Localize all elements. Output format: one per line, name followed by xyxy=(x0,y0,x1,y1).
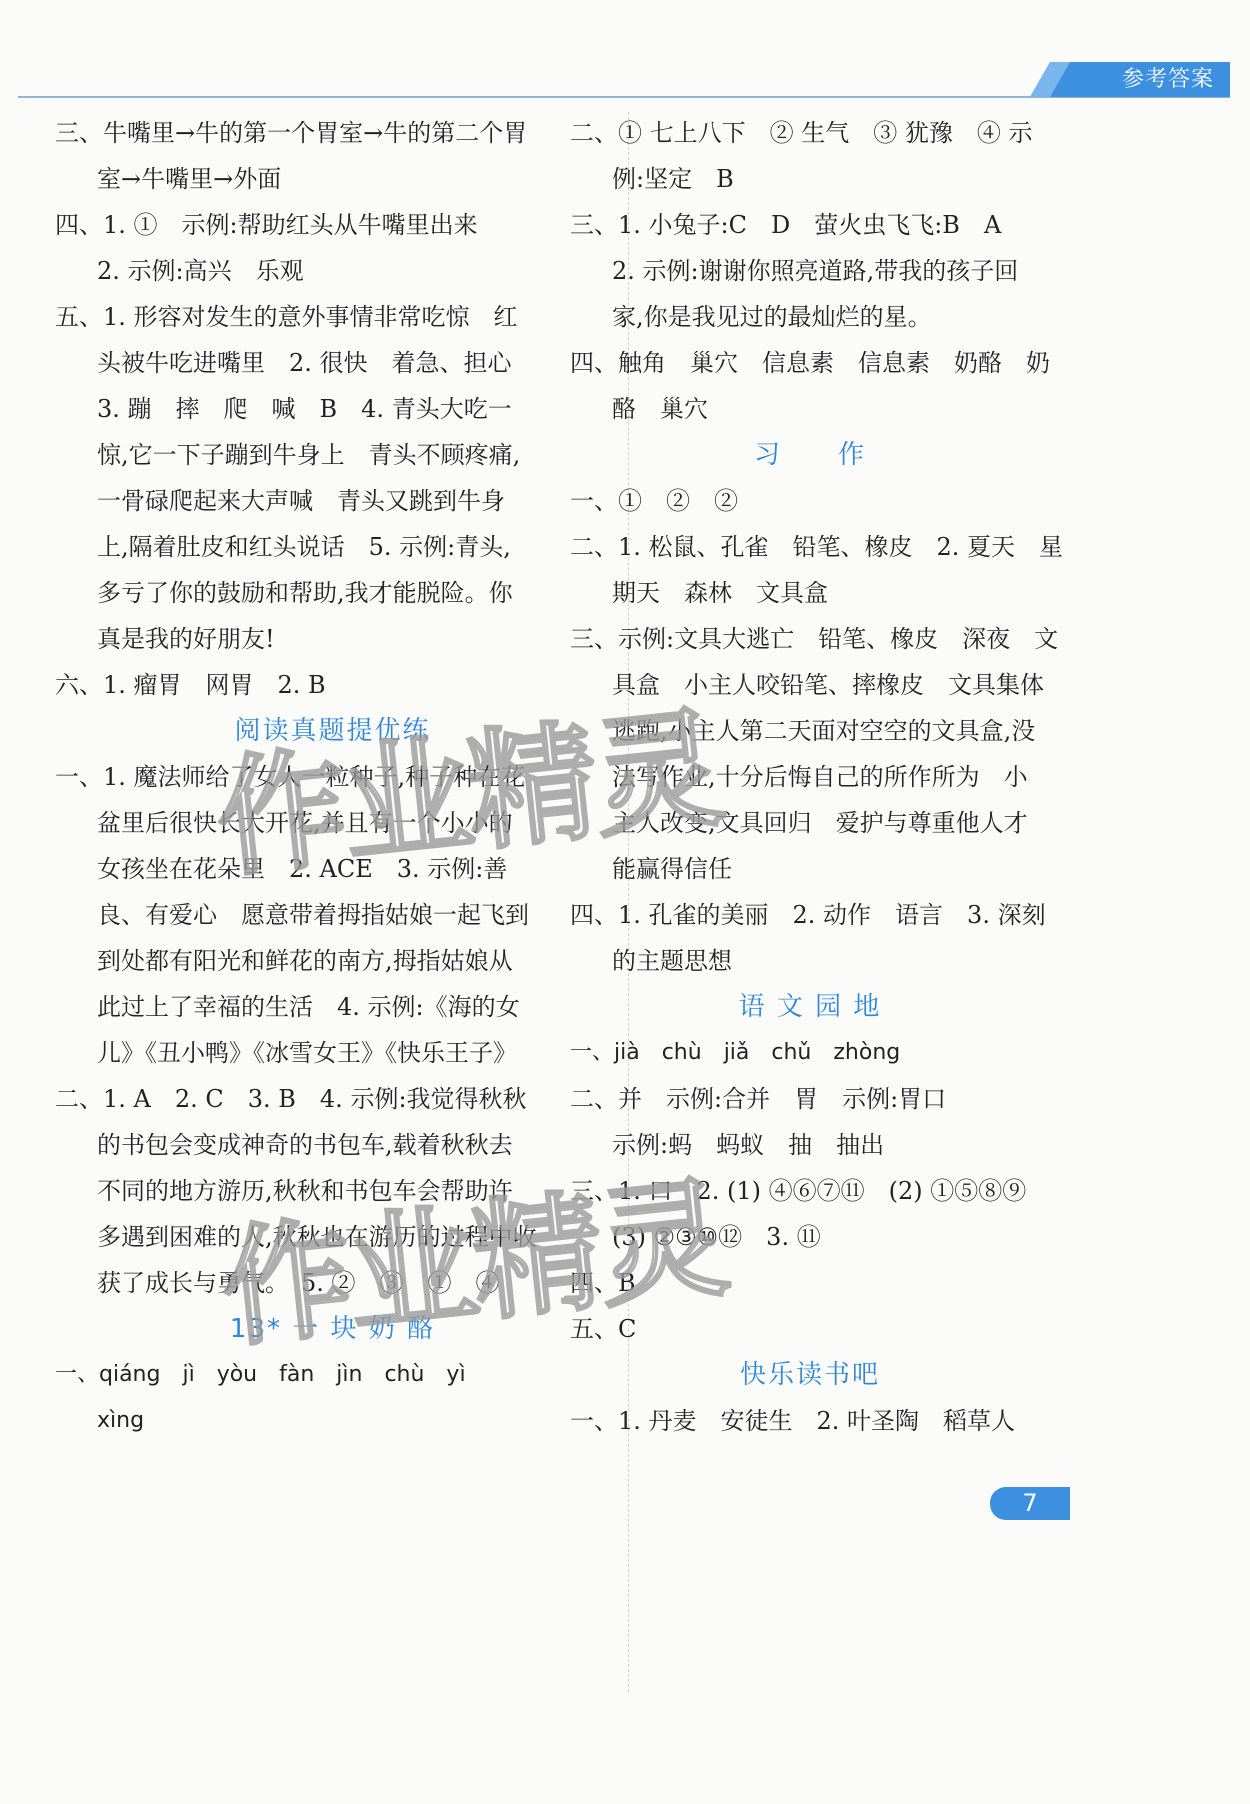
answer-line: 多亏了你的鼓励和帮助,我才能脱险。你 xyxy=(55,570,610,616)
answer-line: 五、1. 形容对发生的意外事情非常吃惊 红 xyxy=(55,294,610,340)
answer-line: 二、并 示例:合并 胃 示例:胃口 xyxy=(570,1076,1050,1122)
section-title: 习 作 xyxy=(570,432,1050,478)
answer-line: 示例:蚂 蚂蚁 抽 抽出 xyxy=(570,1122,1050,1168)
answer-line: 儿》《丑小鸭》《冰雪女王》《快乐王子》 xyxy=(55,1030,610,1076)
answer-line: 例:坚定 B xyxy=(570,156,1050,202)
answer-line: 惊,它一下子蹦到牛身上 青头不顾疼痛, xyxy=(55,432,610,478)
section-title: 语 文 园 地 xyxy=(570,984,1050,1030)
answer-line: 不同的地方游历,秋秋和书包车会帮助许 xyxy=(55,1168,610,1214)
section-title: 13* 一 块 奶 酪 xyxy=(55,1306,610,1352)
answer-line: 真是我的好朋友! xyxy=(55,616,610,662)
pinyin-answer-line: xìng xyxy=(55,1398,610,1444)
answer-line: 一、① ② ② xyxy=(570,478,1050,524)
answer-line: 获了成长与勇气。 5. ② ③ ① ④ xyxy=(55,1260,610,1306)
answer-line: 逃跑,小主人第二天面对空空的文具盒,没 xyxy=(570,708,1050,754)
section-title: 阅读真题提优练 xyxy=(55,708,610,754)
answer-line: 法写作业,十分后悔自己的所作所为 小 xyxy=(570,754,1050,800)
answer-line: 2. 示例:谢谢你照亮道路,带我的孩子回 xyxy=(570,248,1050,294)
answer-line: 四、1. 孔雀的美丽 2. 动作 语言 3. 深刻 xyxy=(570,892,1050,938)
answer-line: 三、1. 小兔子:C D 萤火虫飞飞:B A xyxy=(570,202,1050,248)
page-number-badge: 7 xyxy=(990,1487,1070,1520)
answer-line: 女孩坐在花朵里 2. ACE 3. 示例:善 xyxy=(55,846,610,892)
answer-line: 酪 巢穴 xyxy=(570,386,1050,432)
answer-line: 三、牛嘴里→牛的第一个胃室→牛的第二个胃 xyxy=(55,110,610,156)
answer-line: 主人改变,文具回归 爱护与尊重他人才 xyxy=(570,800,1050,846)
answer-line: 具盒 小主人咬铅笔、摔橡皮 文具集体 xyxy=(570,662,1050,708)
answer-line: 能赢得信任 xyxy=(570,846,1050,892)
answer-line: 四、1. ① 示例:帮助红头从牛嘴里出来 xyxy=(55,202,610,248)
answer-line: 室→牛嘴里→外面 xyxy=(55,156,610,202)
tab-label: 参考答案 xyxy=(1122,62,1214,97)
answer-line: 一、1. 丹麦 安徒生 2. 叶圣陶 稻草人 xyxy=(570,1398,1050,1444)
answer-line: 的书包会变成神奇的书包车,载着秋秋去 xyxy=(55,1122,610,1168)
answer-line: 四、触角 巢穴 信息素 信息素 奶酪 奶 xyxy=(570,340,1050,386)
section-title: 快乐读书吧 xyxy=(570,1352,1050,1398)
answer-line: 一骨碌爬起来大声喊 青头又跳到牛身 xyxy=(55,478,610,524)
answer-line: 六、1. 瘤胃 网胃 2. B xyxy=(55,662,610,708)
answer-line: 2. 示例:高兴 乐观 xyxy=(55,248,610,294)
tab-accent-stripe xyxy=(1030,62,1070,97)
answer-line: 到处都有阳光和鲜花的南方,拇指姑娘从 xyxy=(55,938,610,984)
answer-line: 盆里后很快长大开花,并且有一个小小的 xyxy=(55,800,610,846)
answer-line: 家,你是我见过的最灿烂的星。 xyxy=(570,294,1050,340)
answer-line: 多遇到困难的人,秋秋也在游历的过程中收 xyxy=(55,1214,610,1260)
answer-line: 此过上了幸福的生活 4. 示例:《海的女 xyxy=(55,984,610,1030)
answer-line: 三、1. 口 2. (1) ④⑥⑦⑪ (2) ①⑤⑧⑨ xyxy=(570,1168,1050,1214)
answer-line: 上,隔着肚皮和红头说话 5. 示例:青头, xyxy=(55,524,610,570)
pinyin-answer-line: 一、jià chù jiǎ chǔ zhòng xyxy=(570,1030,1050,1076)
answer-line: 三、示例:文具大逃亡 铅笔、橡皮 深夜 文 xyxy=(570,616,1050,662)
answer-line: 的主题思想 xyxy=(570,938,1050,984)
answer-line: 五、C xyxy=(570,1306,1050,1352)
left-answer-column: 三、牛嘴里→牛的第一个胃室→牛的第二个胃室→牛嘴里→外面四、1. ① 示例:帮助… xyxy=(55,110,610,1444)
answer-key-tab: 参考答案 xyxy=(1030,62,1230,97)
answer-line: 四、B xyxy=(570,1260,1050,1306)
answer-line: 期天 森林 文具盒 xyxy=(570,570,1050,616)
right-answer-column: 二、① 七上八下 ② 生气 ③ 犹豫 ④ 示例:坚定 B三、1. 小兔子:C D… xyxy=(570,110,1050,1444)
answer-line: 一、1. 魔法师给了女人一粒种子,种子种在花 xyxy=(55,754,610,800)
answer-line: 良、有爱心 愿意带着拇指姑娘一起飞到 xyxy=(55,892,610,938)
answer-line: (3) ②③⑩⑫ 3. ⑪ xyxy=(570,1214,1050,1260)
answer-line: 二、① 七上八下 ② 生气 ③ 犹豫 ④ 示 xyxy=(570,110,1050,156)
answer-line: 3. 蹦 摔 爬 喊 B 4. 青头大吃一 xyxy=(55,386,610,432)
answer-line: 二、1. 松鼠、孔雀 铅笔、橡皮 2. 夏天 星 xyxy=(570,524,1050,570)
pinyin-answer-line: 一、qiáng jì yòu fàn jìn chù yì xyxy=(55,1352,610,1398)
answer-line: 头被牛吃进嘴里 2. 很快 着急、担心 xyxy=(55,340,610,386)
answer-line: 二、1. A 2. C 3. B 4. 示例:我觉得秋秋 xyxy=(55,1076,610,1122)
